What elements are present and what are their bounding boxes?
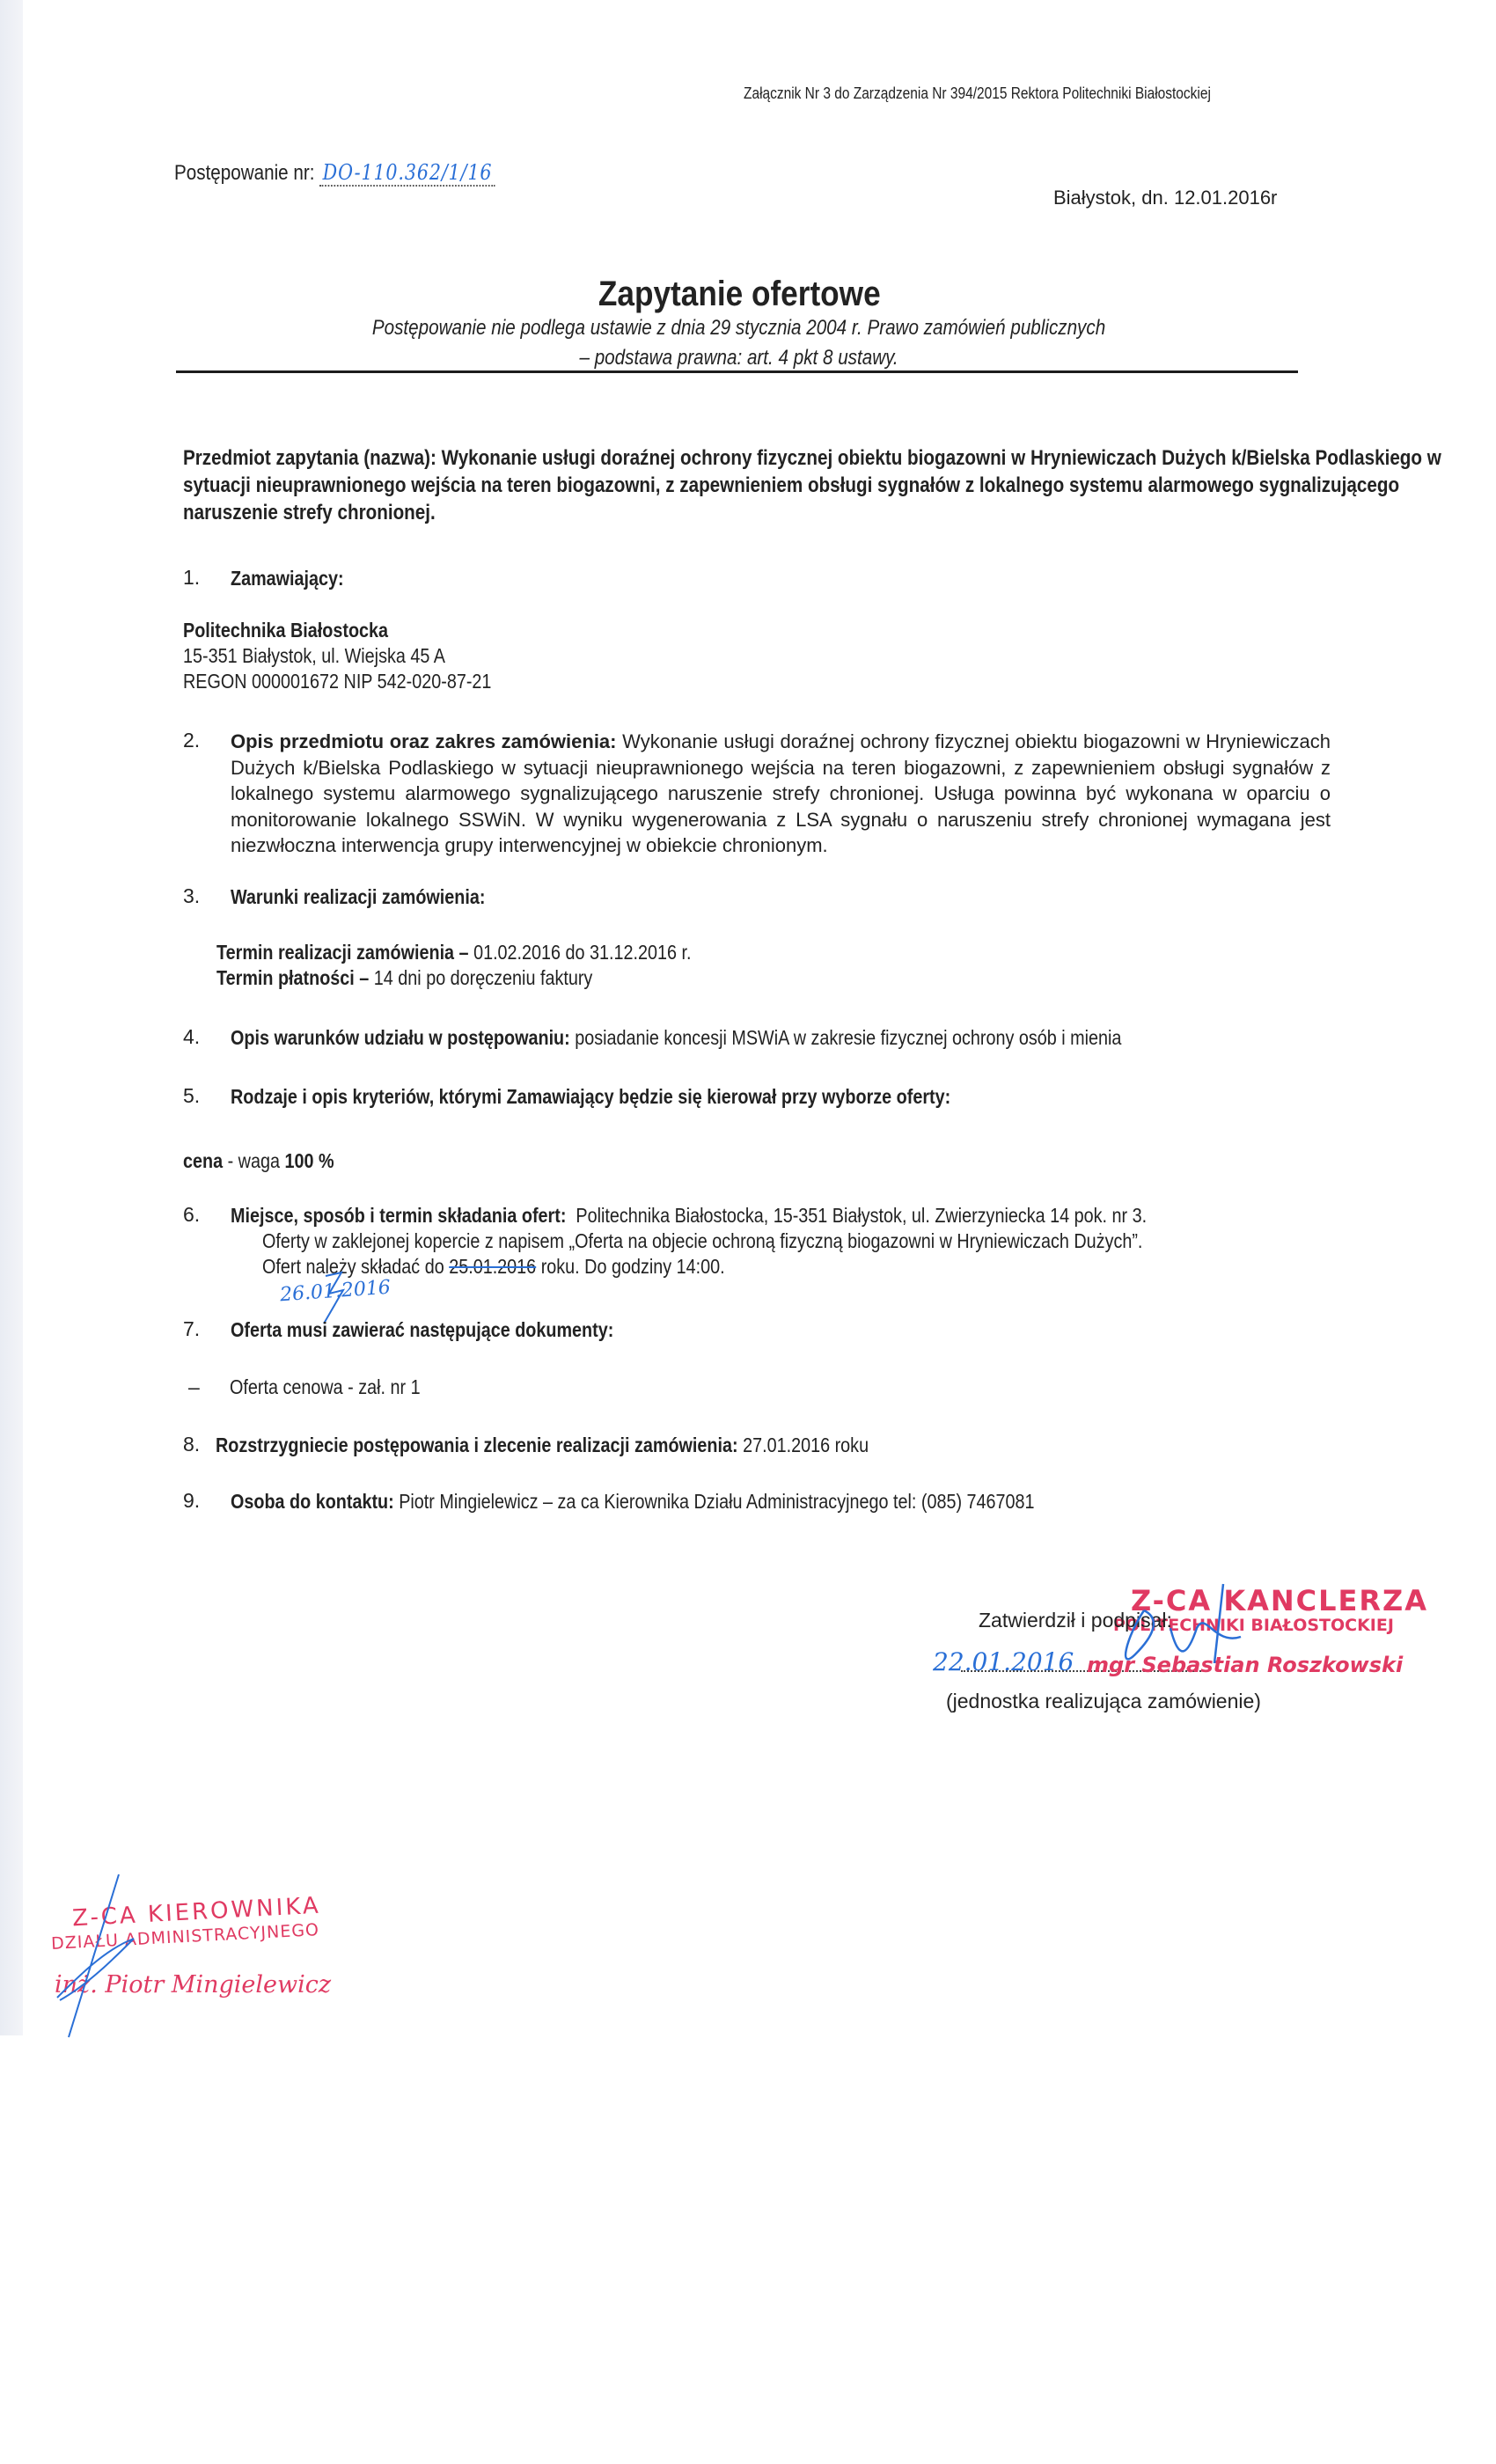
section-number: 8. (183, 1433, 200, 1456)
section-number: 4. (183, 1025, 200, 1049)
section-heading: Opis przedmiotu oraz zakres zamówienia: (231, 730, 617, 752)
org-ids: REGON 000001672 NIP 542-020-87-21 (183, 669, 788, 694)
place-date: Białystok, dn. 12.01.2016r (1053, 187, 1277, 209)
approval-handwritten-date: 22.01.2016 (933, 1647, 1074, 1676)
org-address: 15-351 Białystok, ul. Wiejska 45 A (183, 643, 788, 669)
original-deadline: 25.01.2016 (449, 1255, 536, 1278)
section-heading: Warunki realizacji zamówienia: (231, 884, 1496, 910)
section-number: 2. (183, 729, 200, 752)
document-list-item: – Oferta cenowa - zał. nr 1 (188, 1375, 451, 1400)
subject-paragraph: Przedmiot zapytania (nazwa): Wykonanie u… (183, 444, 1496, 526)
section-6-body: Miejsce, sposób i termin składania ofert… (231, 1203, 1496, 1228)
section-heading: Zamawiający: (231, 566, 1496, 591)
document-title: Zapytanie ofertowe (0, 275, 1478, 314)
subtitle-line: Postępowanie nie podlega ustawie z dnia … (372, 313, 1105, 343)
section-number: 3. (183, 884, 200, 908)
section-4-body: Opis warunków udziału w postępowaniu: po… (231, 1025, 1496, 1051)
annex-note: Załącznik Nr 3 do Zarządzenia Nr 394/201… (744, 84, 1211, 103)
section-heading: Rodzaje i opis kryteriów, którymi Zamawi… (231, 1084, 1496, 1110)
section-9-body: Osoba do kontaktu: Piotr Mingielewicz – … (231, 1489, 1496, 1514)
section-number: 6. (183, 1203, 200, 1227)
section-number: 9. (183, 1489, 200, 1513)
offer-instructions: Oferty w zaklejonej kopercie z napisem „… (262, 1228, 1286, 1280)
left-signature-icon (53, 1870, 158, 2046)
section-number: 5. (183, 1084, 200, 1108)
procedure-label: Postępowanie nr: (174, 161, 314, 185)
approval-unit-label: (jednostka realizująca zamówienie) (946, 1690, 1261, 1713)
subtitle-line: – podstawa prawna: art. 4 pkt 8 ustawy. (580, 343, 898, 373)
procedure-number: Postępowanie nr: DO-110.362/1/16 (174, 160, 495, 186)
section-number: 1. (183, 566, 200, 590)
org-name: Politechnika Białostocka (183, 618, 788, 643)
document-subtitle: Postępowanie nie podlega ustawie z dnia … (0, 313, 1478, 373)
criterion: cena - waga 100 % (183, 1148, 358, 1174)
title-rule (176, 370, 1298, 373)
section-number: 7. (183, 1317, 200, 1341)
section-2-body: Opis przedmiotu oraz zakres zamówienia: … (231, 729, 1331, 859)
approval-signature-icon (1109, 1575, 1258, 1681)
section-heading: Oferta musi zawierać następujące dokumen… (231, 1317, 1496, 1343)
realization-terms: Termin realizacji zamówienia – 01.02.201… (216, 940, 768, 991)
contracting-authority: Politechnika Białostocka 15-351 Białysto… (183, 618, 887, 694)
procedure-number-handwritten: DO-110.362/1/16 (319, 160, 495, 187)
section-8-body: Rozstrzygniecie postępowania i zlecenie … (216, 1433, 975, 1458)
